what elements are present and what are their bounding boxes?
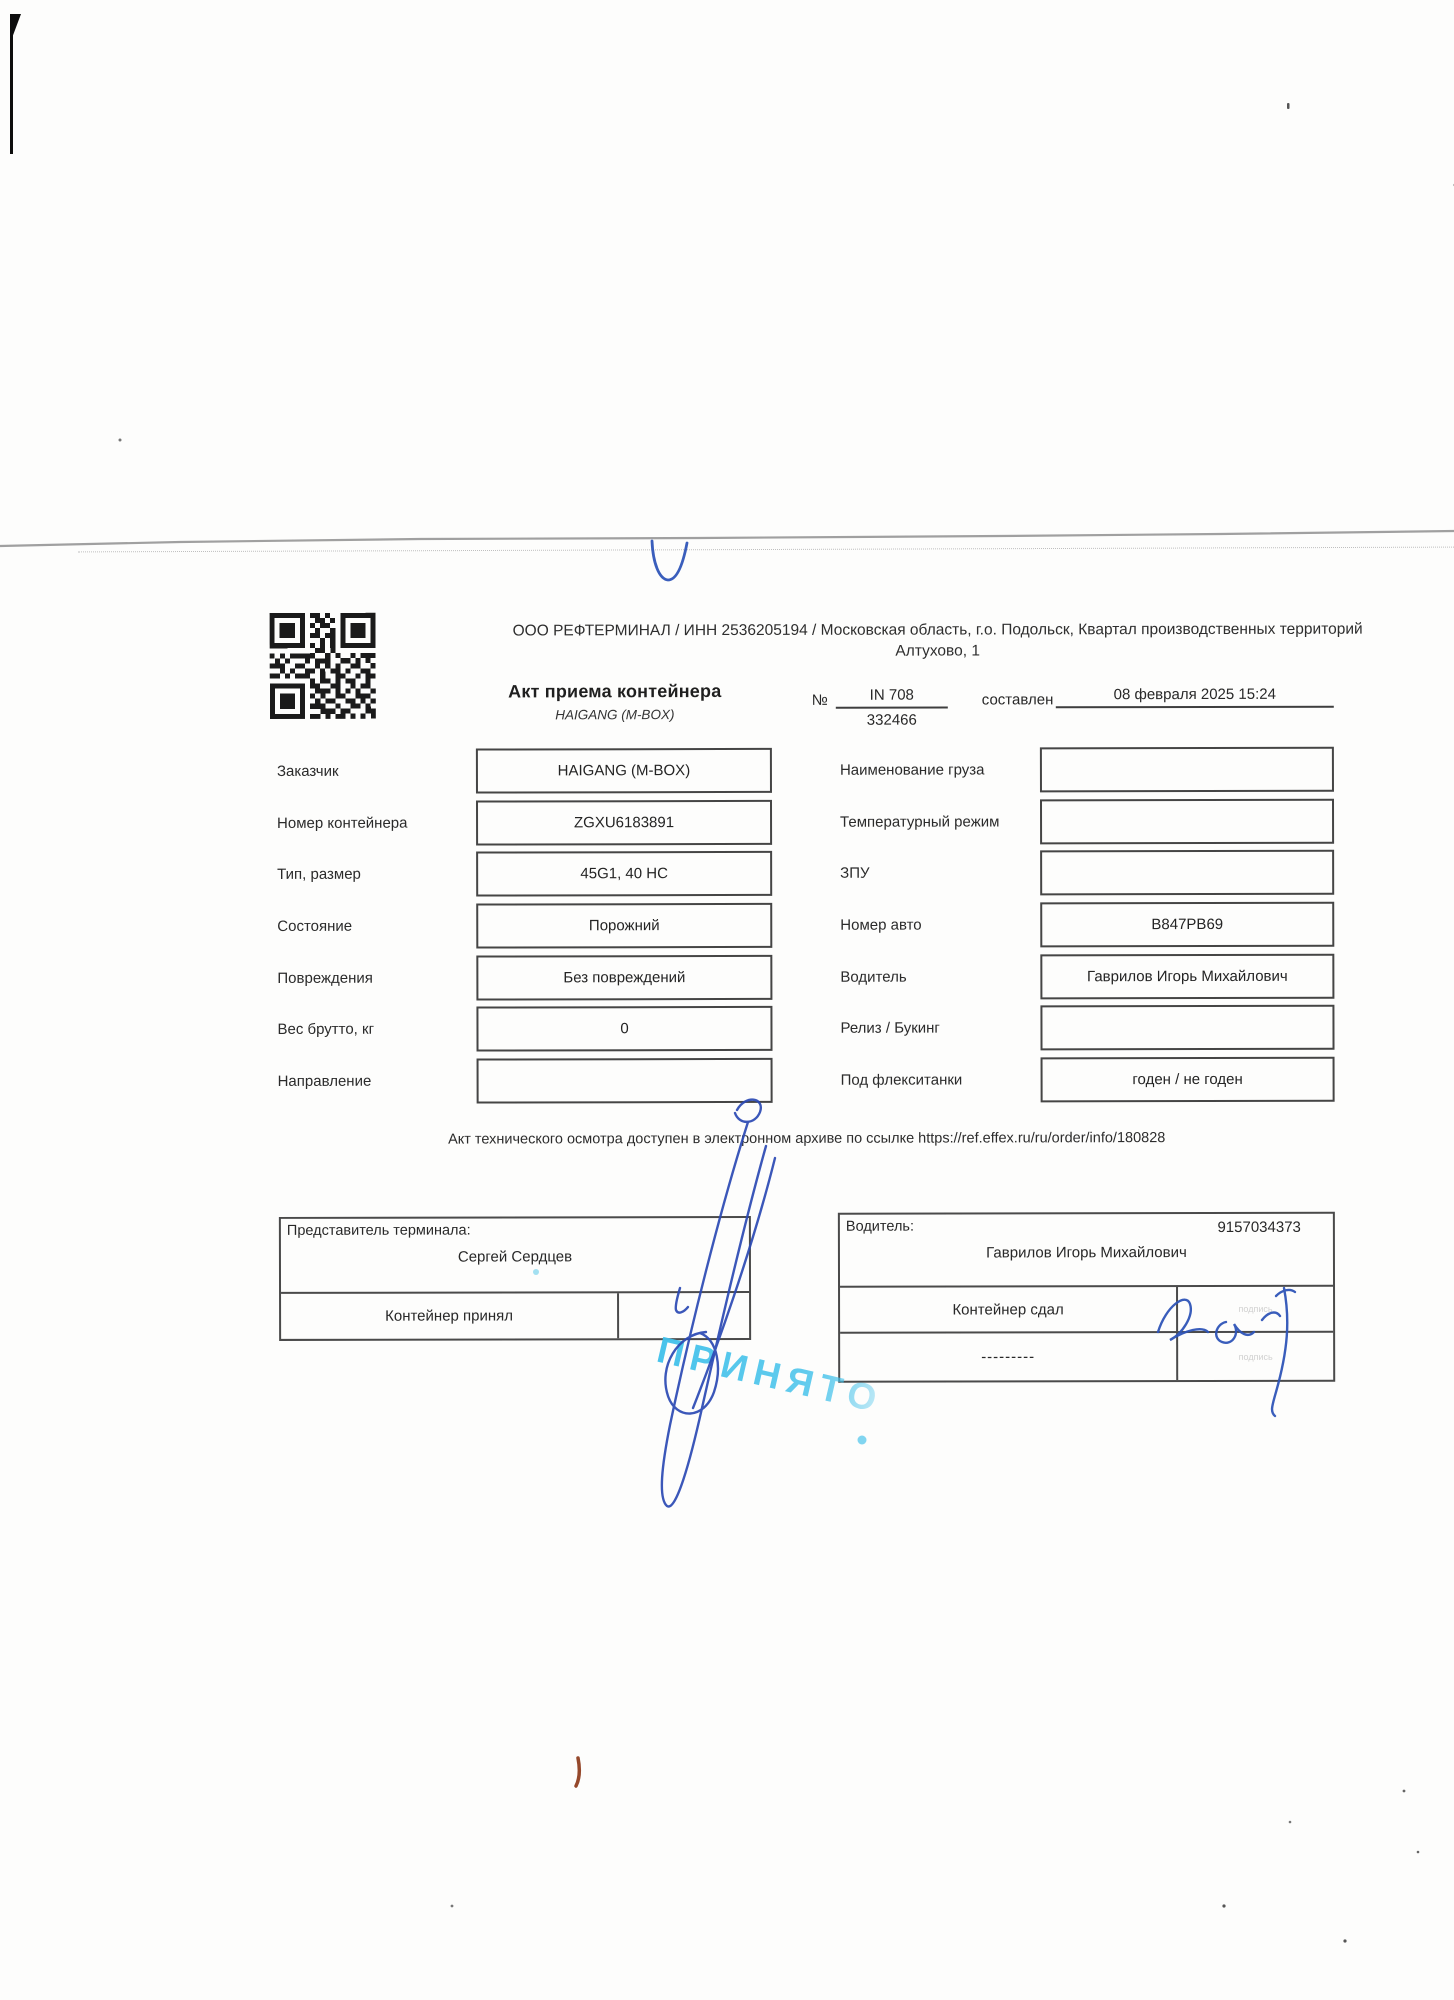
driver-signature-cell: подпись — [1176, 1287, 1333, 1331]
driver-signature-row: Контейнер сдал подпись — [840, 1285, 1333, 1332]
field-box-cargo-name — [1040, 747, 1334, 793]
terminal-rep-label: Представитель терминала: — [287, 1222, 743, 1239]
document-subtitle: HAIGANG (M-BOX) — [430, 707, 800, 723]
field-box-driver: Гаврилов Игорь Михайлович — [1040, 954, 1334, 1000]
field-box-damages: Без повреждений — [476, 955, 772, 1001]
field-box-temperature-mode — [1040, 799, 1334, 845]
scanned-document-page: ООО РЕФТЕРМИНАЛ / ИНН 2536205194 / Моско… — [0, 0, 1454, 2000]
field-label-temperature-mode: Температурный режим — [840, 799, 1036, 844]
qr-code — [270, 613, 376, 719]
field-label-gross-weight: Вес брутто, кг — [277, 1007, 473, 1052]
field-box-release-booking — [1040, 1005, 1334, 1051]
signature-hint-2: подпись — [1178, 1351, 1333, 1361]
terminal-signature-header: Представитель терминала: Сергей Сердцев — [281, 1218, 749, 1292]
field-box-direction — [477, 1058, 773, 1104]
signature-hint: подпись — [1178, 1304, 1333, 1314]
container-handed-label: Контейнер сдал — [840, 1287, 1176, 1332]
driver-name: Гаврилов Игорь Михайлович — [846, 1244, 1327, 1262]
archive-note: Акт технического осмотра доступен в элек… — [279, 1130, 1335, 1148]
field-label-driver: Водитель — [840, 954, 1036, 999]
driver-phone: 9157034373 — [1217, 1219, 1300, 1236]
field-label-seal: ЗПУ — [840, 850, 1036, 895]
title-block: Акт приема контейнера HAIGANG (M-BOX) — [430, 681, 800, 723]
field-box-flexitank: годен / не годен — [1041, 1057, 1335, 1103]
field-box-customer: HAIGANG (M-BOX) — [476, 748, 772, 794]
qr-code-svg — [270, 613, 376, 719]
document-number-group: IN 708 332466 — [836, 687, 948, 729]
document-title: Акт приема контейнера — [430, 681, 800, 703]
field-box-condition: Порожний — [476, 903, 772, 949]
terminal-signature-cell — [617, 1293, 749, 1338]
document-number: IN 708 — [836, 687, 948, 709]
org-address-line2: Алтухово, 1 — [438, 640, 1438, 663]
field-box-truck-number: B847PB69 — [1040, 902, 1334, 948]
field-box-seal — [1040, 850, 1334, 896]
field-label-direction: Направление — [278, 1059, 474, 1104]
field-label-release-booking: Релиз / Букинг — [840, 1005, 1036, 1050]
composed-date: 08 февраля 2025 15:24 — [1056, 686, 1334, 709]
field-box-type-size: 45G1, 40 HC — [476, 851, 772, 897]
org-address-line1: ООО РЕФТЕРМИНАЛ / ИНН 2536205194 / Моско… — [438, 619, 1438, 642]
driver-dashes-row: --------- подпись — [840, 1331, 1333, 1381]
dashes-placeholder: --------- — [840, 1333, 1176, 1381]
document-sheet: ООО РЕФТЕРМИНАЛ / ИНН 2536205194 / Моско… — [0, 0, 1454, 2000]
field-box-container-number: ZGXU6183891 — [476, 800, 772, 846]
field-label-condition: Состояние — [277, 904, 473, 949]
composed-label: составлен — [982, 691, 1054, 708]
container-accepted-label: Контейнер принял — [281, 1293, 617, 1339]
terminal-rep-name: Сергей Сердцев — [287, 1248, 743, 1266]
field-label-cargo-name: Наименование груза — [840, 747, 1036, 792]
document-number-secondary: 332466 — [836, 709, 948, 729]
field-label-customer: Заказчик — [277, 749, 473, 794]
field-label-damages: Повреждения — [277, 956, 473, 1001]
field-label-type-size: Тип, размер — [277, 852, 473, 897]
composed-date-group: 08 февраля 2025 15:24 — [1056, 686, 1334, 709]
driver-signature-header: Водитель: 9157034373 Гаврилов Игорь Миха… — [840, 1214, 1333, 1286]
field-label-truck-number: Номер авто — [840, 902, 1036, 947]
field-box-gross-weight: 0 — [476, 1006, 772, 1052]
field-label-container-number: Номер контейнера — [277, 801, 473, 846]
driver-signature-cell-2: подпись — [1176, 1333, 1333, 1380]
driver-signature-table: Водитель: 9157034373 Гаврилов Игорь Миха… — [838, 1212, 1335, 1383]
field-label-flexitank: Под флекситанки — [841, 1057, 1037, 1102]
number-sign: № — [812, 692, 828, 709]
terminal-signature-row: Контейнер принял — [281, 1291, 749, 1339]
terminal-signature-table: Представитель терминала: Сергей Сердцев … — [279, 1216, 751, 1341]
org-header: ООО РЕФТЕРМИНАЛ / ИНН 2536205194 / Моско… — [438, 619, 1438, 663]
